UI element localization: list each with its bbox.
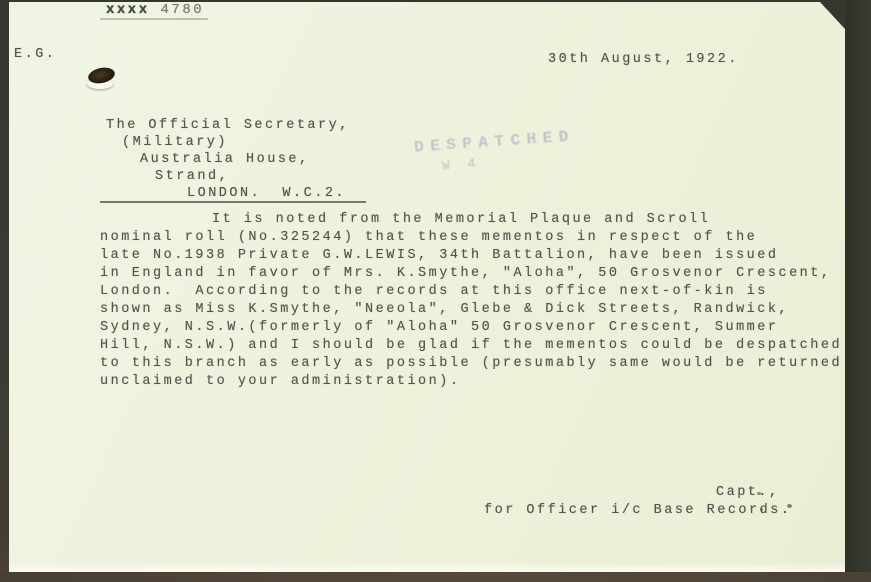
scan-backing-right [845, 0, 871, 582]
recipient-line-australia-house: Australia House, [140, 151, 310, 169]
reference-digits: 4780 [150, 2, 205, 18]
letter-body: It is noted from the Memorial Plaque and… [100, 211, 848, 391]
punch-hole [86, 67, 118, 91]
signature-capacity: for Officer i/c Base Records. [484, 502, 791, 520]
scan-backing-bottom [0, 572, 871, 582]
address-underline [100, 201, 366, 203]
body-line: nominal roll (No.325244) that these meme… [100, 229, 848, 247]
body-line: in England in favor of Mrs. K.Smythe, "A… [100, 265, 848, 283]
body-line: Hill, N.S.W.) and I should be glad if th… [100, 337, 848, 355]
body-line: late No.1938 Private G.W.LEWIS, 34th Bat… [100, 247, 848, 265]
ink-speck [787, 504, 792, 508]
letter-date: 30th August, 1922. [548, 51, 739, 69]
body-line: Sydney, N.S.W.(formerly of "Aloha" 50 Gr… [100, 319, 848, 337]
ink-speck [760, 508, 763, 511]
ink-speck [757, 492, 761, 495]
scanned-letter-page: xxxx 4780 E.G. 30th August, 1922. DESPAT… [0, 0, 871, 582]
body-line: It is noted from the Memorial Plaque and… [100, 211, 848, 229]
body-line: unclaimed to your administration). [100, 373, 848, 391]
body-line: to this branch as early as possible (pre… [100, 355, 848, 373]
clerk-initials: E.G. [14, 46, 56, 64]
body-line: London. According to the records at this… [100, 283, 848, 301]
recipient-line-strand: Strand, [155, 168, 229, 186]
reference-struck-out: xxxx [106, 2, 150, 18]
reference-number: xxxx 4780 [106, 1, 204, 19]
body-line: shown as Miss K.Smythe, "Neeola", Glebe … [100, 301, 848, 319]
signature-rank: Capt., [716, 484, 780, 502]
recipient-line-secretary: The Official Secretary, [106, 117, 350, 135]
reference-underline [100, 18, 208, 20]
recipient-line-military: (Military) [122, 134, 228, 152]
